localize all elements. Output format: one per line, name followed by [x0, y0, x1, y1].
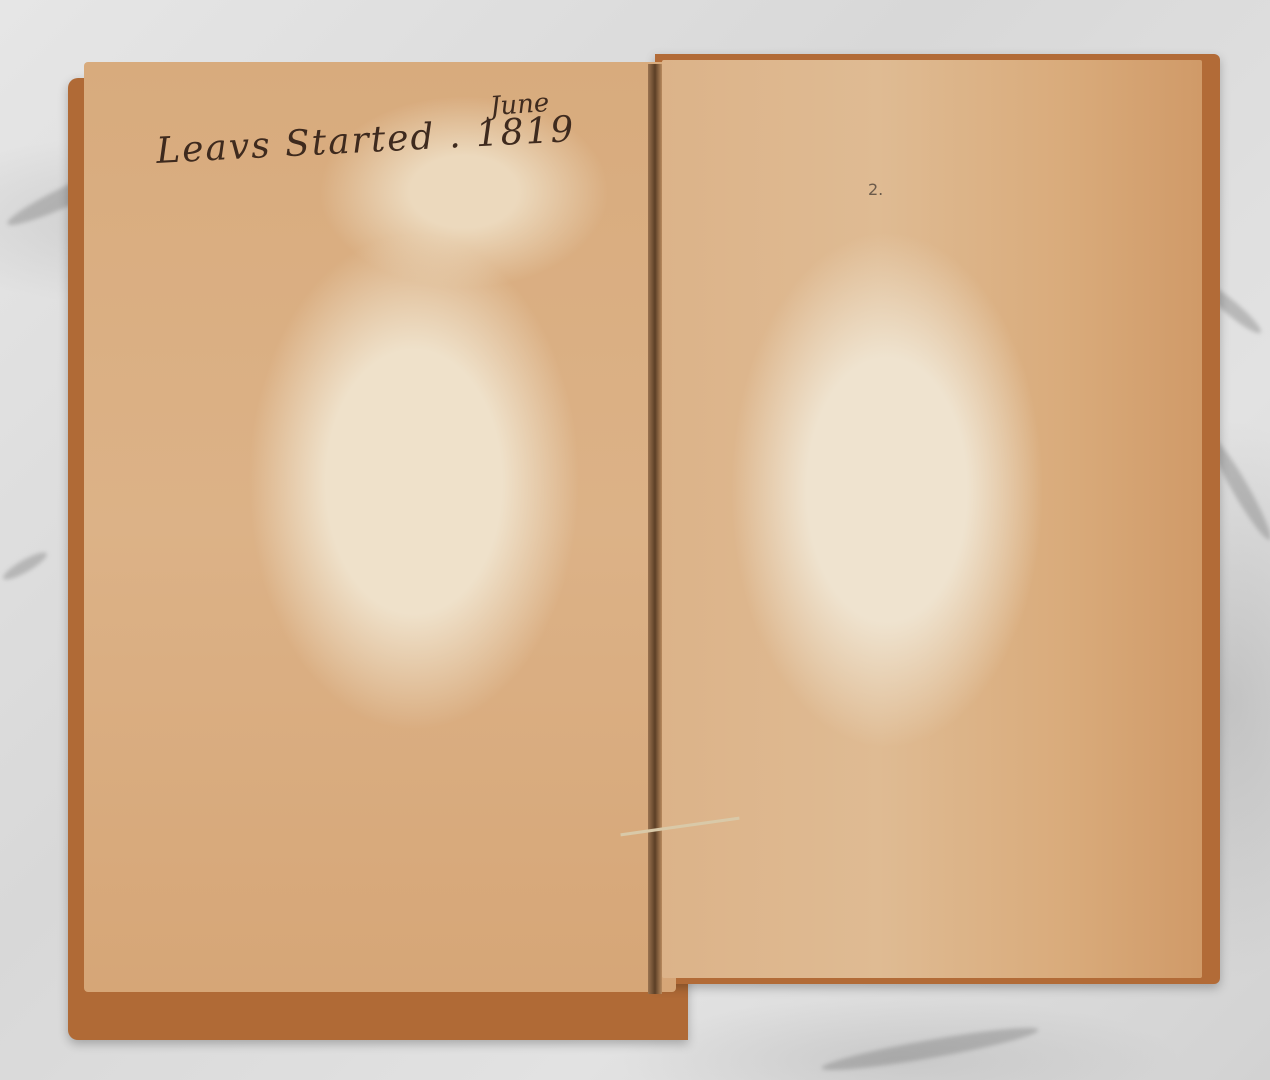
book-gutter: [648, 64, 662, 994]
left-endpaper: [84, 62, 676, 992]
pencil-mark: 2.: [868, 180, 883, 199]
open-book: June Leavs Started . 1819 2.: [50, 50, 1220, 1010]
marble-vein: [820, 1021, 1040, 1077]
right-pastedown: [662, 60, 1202, 978]
marble-vein: [0, 548, 49, 583]
